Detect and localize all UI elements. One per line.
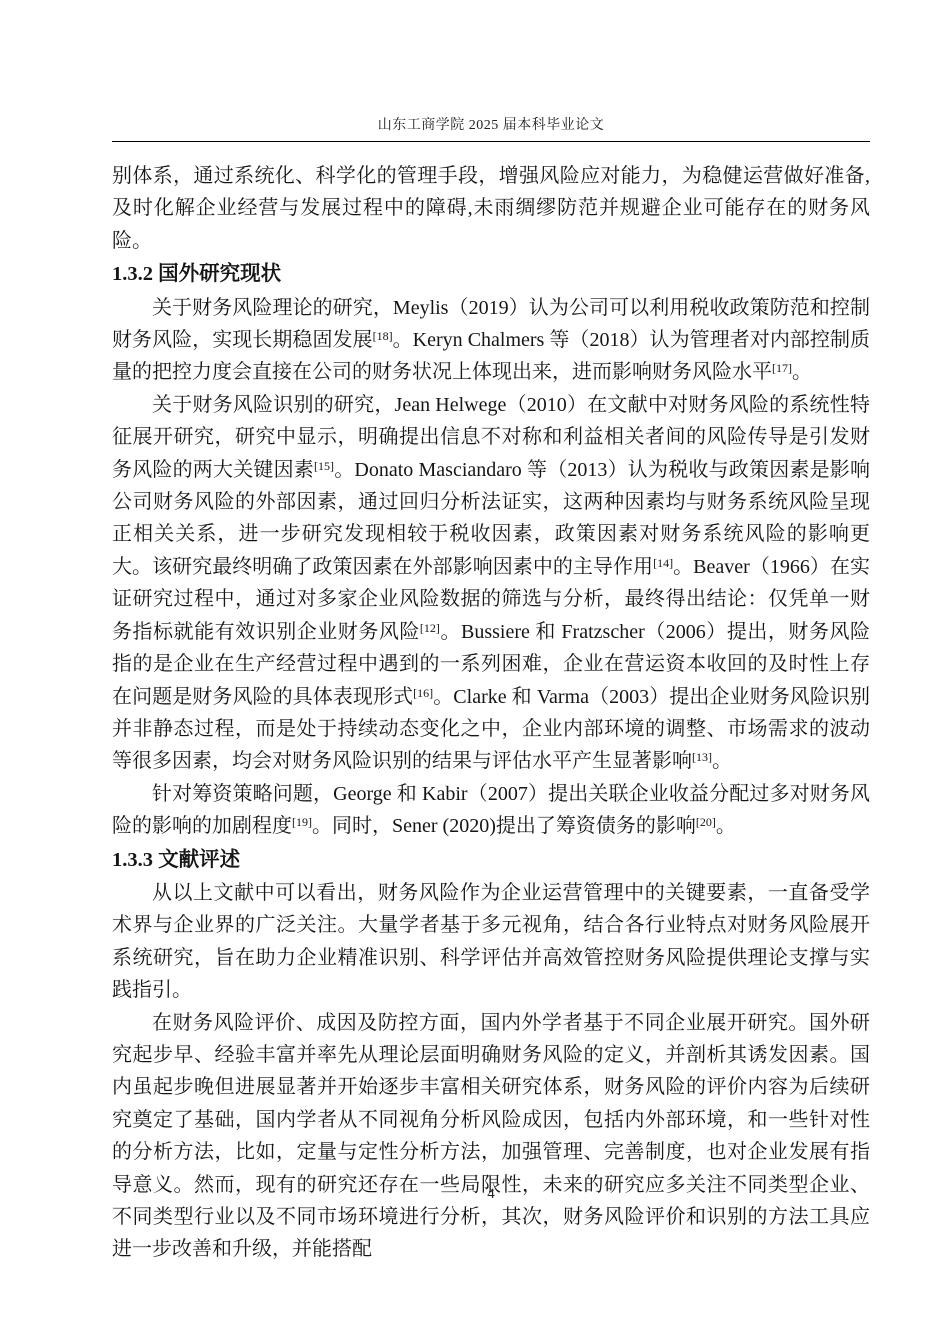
body-paragraph: 关于财务风险理论的研究，Meylis（2019）认为公司可以利用税收政策防范和控… xyxy=(112,292,870,389)
header-title: 山东工商学院 2025 届本科毕业论文 xyxy=(378,118,605,133)
page-body: 别体系，通过系统化、科学化的管理手段，增强风险应对能力，为稳健运营做好准备,及时… xyxy=(112,160,870,1266)
citation-superscript: [18] xyxy=(373,329,393,343)
citation-superscript: [13] xyxy=(692,750,712,764)
citation-superscript: [15] xyxy=(314,459,334,473)
text-run: 别体系，通过系统化、科学化的管理手段，增强风险应对能力，为稳健运营做好准备,及时… xyxy=(112,165,870,252)
section-heading: 1.3.2 国外研究现状 xyxy=(112,258,870,290)
body-paragraph: 针对筹资策略问题，George 和 Kabir（2007）提出关联企业收益分配过… xyxy=(112,778,870,843)
text-run: 。 xyxy=(712,750,732,772)
citation-superscript: [20] xyxy=(696,815,716,829)
text-run: 。 xyxy=(716,815,736,837)
citation-superscript: [19] xyxy=(292,815,312,829)
citation-superscript: [14] xyxy=(653,556,673,570)
page-number: 4 xyxy=(487,1186,495,1202)
citation-superscript: [12] xyxy=(420,621,440,635)
text-run: 在财务风险评价、成因及防控方面，国内外学者基于不同企业展开研究。国外研究起步早、… xyxy=(112,1012,870,1261)
section-heading: 1.3.3 文献评述 xyxy=(112,844,870,876)
thesis-page: 山东工商学院 2025 届本科毕业论文 别体系，通过系统化、科学化的管理手段，增… xyxy=(0,0,950,1344)
citation-superscript: [17] xyxy=(772,361,792,375)
page-footer: 4 xyxy=(112,1186,870,1203)
body-paragraph: 在财务风险评价、成因及防控方面，国内外学者基于不同企业展开研究。国外研究起步早、… xyxy=(112,1007,870,1266)
body-paragraph: 从以上文献中可以看出，财务风险作为企业运营管理中的关键要素，一直备受学术界与企业… xyxy=(112,877,870,1007)
text-run: 。 xyxy=(792,361,812,383)
body-paragraph: 关于财务风险识别的研究，Jean Helwege（2010）在文献中对财务风险的… xyxy=(112,389,870,778)
text-run: 。同时，Sener (2020)提出了筹资债务的影响 xyxy=(312,815,696,837)
citation-superscript: [16] xyxy=(413,686,433,700)
body-paragraph: 别体系，通过系统化、科学化的管理手段，增强风险应对能力，为稳健运营做好准备,及时… xyxy=(112,160,870,257)
page-header: 山东工商学院 2025 届本科毕业论文 xyxy=(112,114,870,142)
text-run: 从以上文献中可以看出，财务风险作为企业运营管理中的关键要素，一直备受学术界与企业… xyxy=(112,882,870,1001)
